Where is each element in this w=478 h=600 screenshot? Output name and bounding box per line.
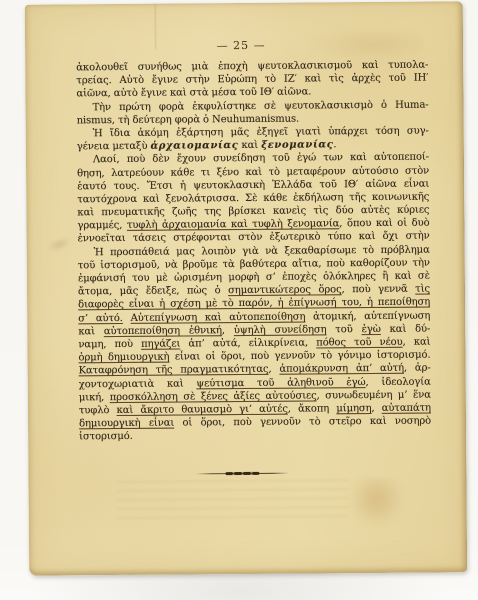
body-text: , καὶ <box>403 336 431 347</box>
body-text: γραμμές, <box>77 220 127 231</box>
text-block: ἀκολουθεῖ συνήθως μιὰ ἐποχὴ ψευτοκλασικι… <box>76 59 431 444</box>
body-text: εἶναι οἱ ὅροι, ποὺ γεννοῦν τὸ γόνιμο ἱστ… <box>169 350 430 363</box>
paper-page: — 25 — ἀκολουθεῖ συνήθως μιὰ ἐποχὴ ψευτο… <box>25 1 467 575</box>
showthrough-ghost <box>117 479 349 519</box>
body-text: αἰῶνα, αὐτὸ ἔγινε καὶ στὰ μέσα τοῦ ΙΘ′ α… <box>76 87 311 100</box>
text-line: Τὴν πρώτη φορὰ ἐκφυλίστηκε σὲ ψευτοκλασι… <box>77 98 429 114</box>
underlined-text: Καταφρόνηση τῆς πραγματικότητας <box>79 364 269 376</box>
underlined-text: καὶ ἄκριτο θαυμασμὸ γι’ αὐτές <box>117 404 288 416</box>
body-text: nismus, τὴ δεύτερη φορὰ ὁ Neuhumanismus. <box>77 113 299 126</box>
underlined-text: αὐτοπεποίθηση ἐθνική <box>104 325 222 337</box>
body-text: ἱστορισμό. <box>79 431 133 442</box>
divider-center-blob <box>225 472 259 475</box>
body-text: Ἡ προσπάθειά μας λοιπὸν γιὰ νὰ ξεκαθαρίσ… <box>94 244 430 258</box>
body-text: Λαοί, ποὺ δὲν ἔχουν συνείδηση τοῦ ἐγώ τω… <box>93 152 429 166</box>
underlined-text: μίμηση <box>336 403 371 414</box>
body-text: γένεια μεταξὺ <box>77 141 151 153</box>
underlined-text: ὑψηλὴ συνείδηση <box>234 324 327 336</box>
body-text: Ἡ ἴδια ἀκόμη ἐξάρτηση μᾶς ἐξηγεῖ γιατὶ ὑ… <box>93 125 429 139</box>
body-text: Τὴν πρώτη φορὰ ἐκφυλίστηκε σὲ ψευτοκλασι… <box>93 99 429 113</box>
body-text: , <box>371 403 381 414</box>
underlined-text: αὐταπάτη <box>382 402 431 413</box>
body-text: . <box>333 139 336 150</box>
body-text: , ποὺ γεννᾶ <box>342 284 416 296</box>
underlined-text: σ’ αὐτό. <box>78 313 123 324</box>
body-text: τρείας. Αὐτὸ ἔγινε στὴν Εὐρώπη τὸ ΙΖ′ κα… <box>76 73 428 87</box>
underlined-text: σημαντικώτερος ὅρος <box>228 284 342 296</box>
body-text: ναμη, ποὺ <box>78 339 141 350</box>
body-text: , <box>268 364 279 375</box>
underlined-text: δημιουργικὴ εἶναι <box>79 418 174 430</box>
emphasized-text: ξενομανίας <box>261 139 333 151</box>
underlined-text: τὶς <box>415 284 430 295</box>
divider-ornament <box>195 471 289 478</box>
underlined-text: ἐγὼ <box>362 324 381 335</box>
body-text: τυφλὸ <box>79 405 117 416</box>
emphasized-text: ἀρχαιομανίας <box>150 140 238 152</box>
underlined-text: πόθος τοῦ νέου <box>316 337 402 349</box>
body-text: , ἀρ- <box>404 363 431 374</box>
underlined-text: πηγάζει <box>141 338 180 349</box>
body-text: , συνωδευμένη μ’ ἕνα <box>317 389 431 401</box>
body-text: μική, <box>79 392 110 403</box>
underlined-text: διαφορὲς εἶναι ἡ σχέση μὲ τὸ παρόν, ἡ ἐπ… <box>78 297 430 311</box>
body-text: ἑαυτό τους. Ἔτσι ἡ ψευτοκλασικὴ Ἑλλάδα τ… <box>77 178 429 192</box>
underlined-text: τυφλὴ ἀρχαιομανία καὶ τυφλὴ ξενομανία <box>127 219 339 232</box>
underlined-text: ψεύτισμα τοῦ ἀληθινοῦ ἐγώ <box>196 377 365 389</box>
underlined-text: προσκόλληση σὲ ξένες ἀξίες αὐτούσιες <box>110 390 317 403</box>
body-text: ἀπ’ αὐτά, εἰλικρίνεια, <box>180 337 316 349</box>
text-line: ἱστορισμό. <box>79 428 431 444</box>
body-text: θηση, λατρεύουν κάθε τι ξένο καὶ τὸ μετα… <box>77 165 429 179</box>
body-text: τοῦ <box>326 324 361 335</box>
underlined-text: Αὐτεπίγνωση καὶ αὐτοπεποίθηση <box>131 311 306 323</box>
body-text: καὶ δύ- <box>381 323 431 334</box>
body-text: καὶ <box>238 140 261 151</box>
body-text: , ὅπου καὶ οἱ δυὸ <box>339 218 429 230</box>
stain-bottom-right <box>346 478 406 530</box>
body-text: ἄτομα, μᾶς ἔδειξε, πὼς ὁ <box>78 285 228 297</box>
body-text: , <box>222 325 234 336</box>
body-text: , ἄκοπη <box>288 403 337 414</box>
body-text: οἱ ὅροι, ποὺ γεννοῦν τὸ στεῖρο καὶ νοσηρ… <box>174 416 431 429</box>
smudge-mark <box>45 234 74 254</box>
underlined-text: ὁρμὴ δημιουργικὴ <box>78 352 169 364</box>
page-number: — 25 — <box>76 38 406 54</box>
underlined-text: ἀπομάκρυνση ἀπ’ αὐτή <box>279 363 404 375</box>
body-text: καὶ <box>78 326 104 337</box>
body-text: χοντοχωριατιὰ καὶ <box>79 378 197 390</box>
body-text: ἀτομική, αὐτεπίγνωση <box>305 310 430 322</box>
